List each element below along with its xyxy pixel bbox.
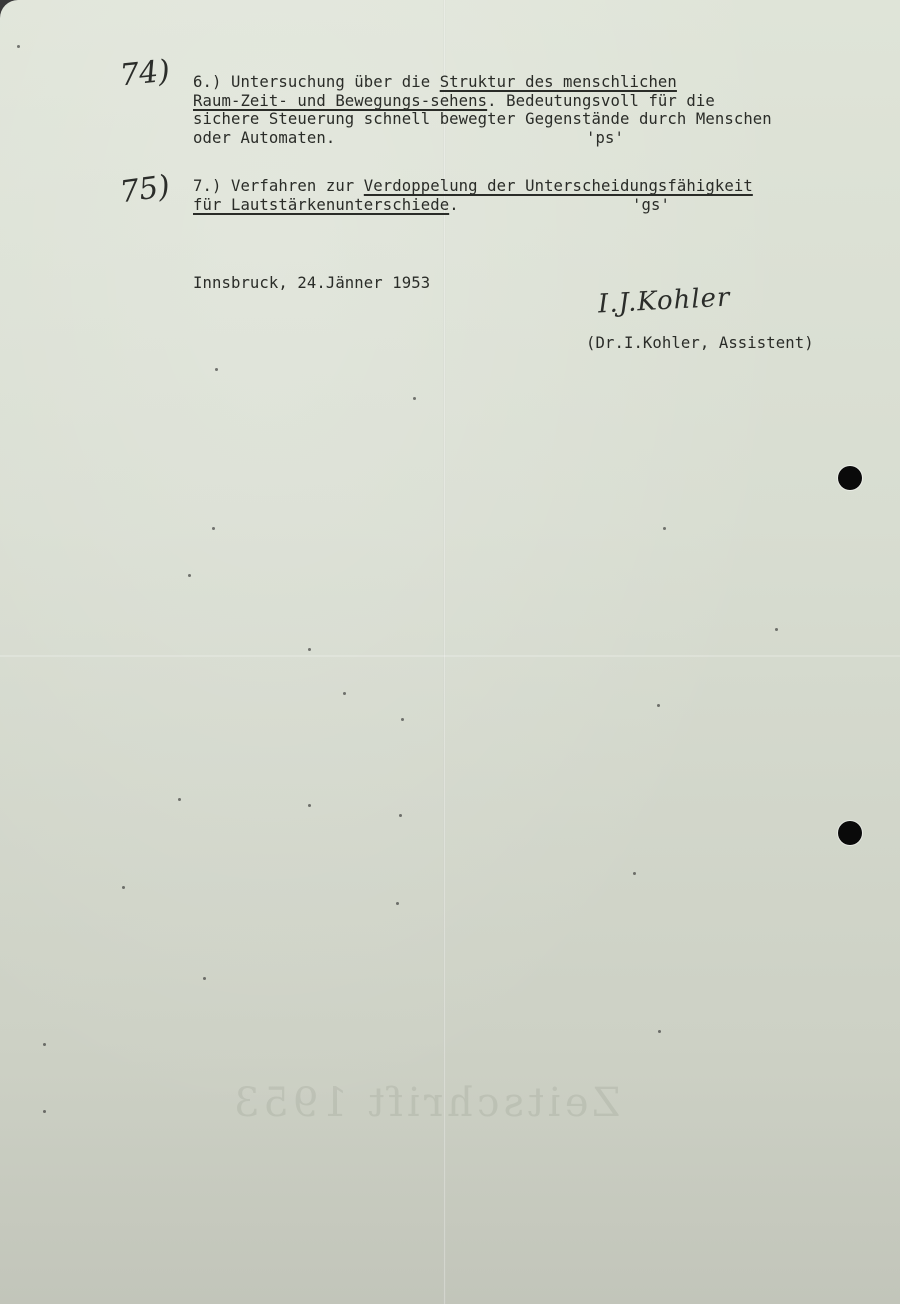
speck: [658, 1030, 661, 1033]
margin-number-74: 74): [118, 53, 171, 93]
speck: [633, 872, 636, 875]
item-7-line-2: für Lautstärkenunterschiede.: [193, 195, 459, 215]
paper-fold-horizontal: [0, 655, 900, 657]
bleed-through-text: Zeitschrift 1953: [230, 1080, 620, 1126]
item-7-underlined-text: Verdoppelung der Unterscheidungsfähigkei…: [364, 177, 753, 195]
item-6-text: . Bedeutungsvoll für die: [487, 92, 715, 110]
item-6-line-1: 6.) Untersuchung über die Struktur des m…: [193, 72, 677, 92]
punch-hole-top: [838, 466, 862, 490]
handwritten-signature: I.J.Kohler: [597, 283, 731, 320]
item-7-text: 7.) Verfahren zur: [193, 177, 364, 195]
speck: [308, 804, 311, 807]
item-6-line-2: Raum-Zeit- und Bewegungs-sehens. Bedeutu…: [193, 91, 715, 111]
item-6-line-3: sichere Steuerung schnell bewegter Gegen…: [193, 109, 772, 129]
speck: [43, 1043, 46, 1046]
speck: [188, 574, 191, 577]
speck: [215, 368, 218, 371]
speck: [122, 886, 125, 889]
margin-number-75: 75): [118, 169, 172, 211]
speck: [43, 1110, 46, 1113]
speck: [775, 628, 778, 631]
speck: [396, 902, 399, 905]
speck: [17, 45, 20, 48]
speck: [178, 798, 181, 801]
item-6-text: oder Automaten.: [193, 129, 335, 147]
speck: [663, 527, 666, 530]
punch-hole-bottom: [838, 821, 862, 845]
item-7-text: .: [449, 196, 459, 214]
item-6-line-4: oder Automaten.: [193, 128, 335, 148]
item-6-text: 6.) Untersuchung über die: [193, 73, 440, 91]
item-6-code: 'ps': [586, 128, 624, 148]
speck: [657, 704, 660, 707]
signatory-name: (Dr.I.Kohler, Assistent): [586, 333, 814, 353]
speck: [413, 397, 416, 400]
item-7-code: 'gs': [632, 195, 670, 215]
speck: [203, 977, 206, 980]
item-6-underlined-text: Struktur des menschlichen: [440, 73, 677, 91]
speck: [308, 648, 311, 651]
speck: [401, 718, 404, 721]
speck: [212, 527, 215, 530]
item-7-underlined-text: für Lautstärkenunterschiede: [193, 196, 449, 214]
item-6-underlined-text: Raum-Zeit- und Bewegungs-sehens: [193, 92, 487, 110]
place-date: Innsbruck, 24.Jänner 1953: [193, 273, 430, 293]
item-6-text: sichere Steuerung schnell bewegter Gegen…: [193, 110, 772, 128]
document-page: Zeitschrift 1953 74) 6.) Untersuchung üb…: [0, 0, 900, 1304]
item-7-line-1: 7.) Verfahren zur Verdoppelung der Unter…: [193, 176, 753, 196]
speck: [399, 814, 402, 817]
speck: [343, 692, 346, 695]
